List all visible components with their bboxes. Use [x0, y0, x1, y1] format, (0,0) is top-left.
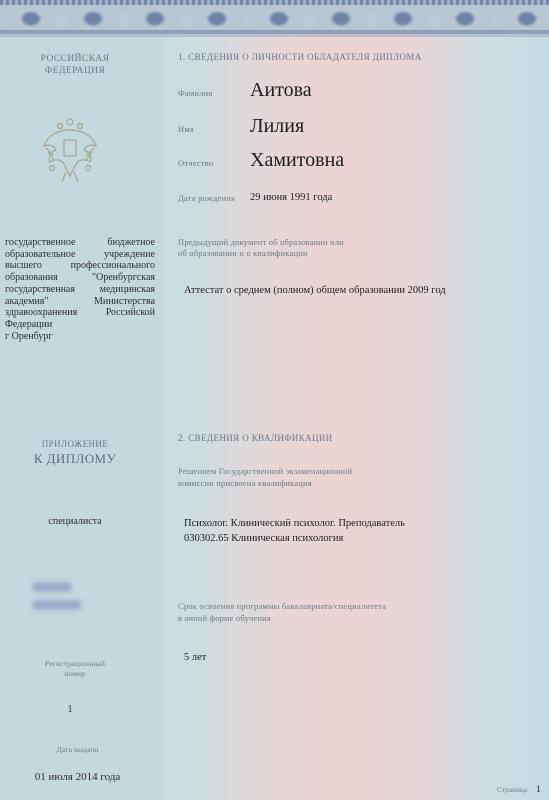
section2-title: 2. СВЕДЕНИЯ О КВАЛИФИКАЦИИ [178, 433, 333, 443]
prev-doc-label-line2: об образовании и о квалификации [178, 248, 308, 258]
org-line: академия" Министерства [5, 296, 155, 308]
org-line: государственная медицинская [5, 284, 155, 296]
country-line1: РОССИЙСКАЯ [20, 54, 130, 64]
surname-value: Аитова [250, 79, 312, 102]
issuing-organization: государственное бюджетное образовательно… [5, 237, 155, 342]
birthdate-value: 29 июня 1991 года [250, 192, 332, 203]
org-line: г Оренбург [5, 331, 155, 343]
org-line: высшего профессионального [5, 260, 155, 272]
prev-doc-value: Аттестат о среднем (полном) общем образо… [184, 285, 446, 296]
country-line2: ФЕДЕРАЦИЯ [20, 66, 130, 76]
appendix-line2: К ДИПЛОМУ [15, 451, 135, 467]
redacted-number [33, 578, 133, 588]
org-line: Федерации [5, 319, 155, 331]
birthdate-label: Дата рождения [178, 193, 235, 203]
org-line: образования "Оренбургская [5, 272, 155, 284]
issue-date-label: Дата выдачи [20, 745, 135, 754]
decorative-border [0, 0, 549, 34]
patronymic-label: Отчество [178, 158, 213, 168]
russian-coat-of-arms-icon [40, 116, 100, 186]
border-stripe [0, 34, 549, 37]
name-label: Имя [178, 124, 194, 134]
org-line: образовательное учреждение [5, 249, 155, 261]
org-line: здравоохранения Российской [5, 307, 155, 319]
registration-number: 1 [20, 704, 120, 715]
duration-value: 5 лет [184, 652, 206, 663]
section1-title: 1. СВЕДЕНИЯ О ЛИЧНОСТИ ОБЛАДАТЕЛЯ ДИПЛОМ… [178, 52, 422, 62]
name-value: Лилия [250, 115, 304, 138]
decision-label-line1: Решением Государственной экзаменационной [178, 466, 352, 476]
registration-label-line1: Регистрационный [20, 659, 130, 668]
degree-level: специалиста [20, 516, 130, 527]
registration-label-line2: номер [20, 669, 130, 678]
appendix-line1: ПРИЛОЖЕНИЕ [20, 439, 130, 449]
duration-label-line1: Срок освоения программы бакалавриата/спе… [178, 601, 386, 611]
page-number: 1 [536, 784, 541, 794]
surname-label: Фамилия [178, 88, 213, 98]
qualification-line2: 030302.65 Клиническая психология [184, 533, 343, 544]
page-label: Страница [497, 786, 527, 794]
issue-date: 01 июля 2014 года [10, 771, 145, 783]
org-line: государственное бюджетное [5, 237, 155, 249]
patronymic-value: Хамитовна [250, 149, 344, 172]
duration-label-line2: в очной форме обучения [178, 613, 271, 623]
diploma-page: РОССИЙСКАЯ ФЕДЕРАЦИЯ государственное бюд… [0, 0, 549, 800]
prev-doc-label-line1: Предыдущий документ об образовании или [178, 237, 344, 247]
decision-label-line2: комиссии присвоена квалификация [178, 478, 312, 488]
qualification-line1: Психолог. Клинический психолог. Преподав… [184, 518, 405, 529]
